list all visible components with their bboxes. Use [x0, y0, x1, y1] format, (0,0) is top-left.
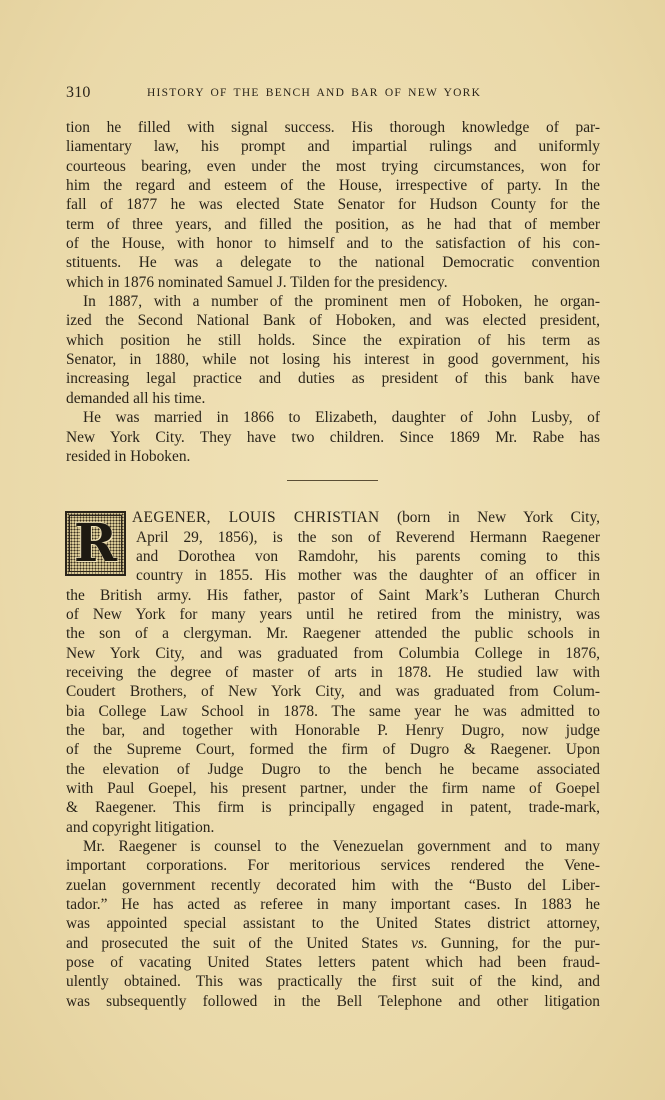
text-fragment: and prosecuted the suit of the United St…: [66, 935, 411, 952]
text-line: Coudert Brothers, of New York City, and …: [66, 682, 600, 701]
section-separator-rule: [287, 480, 378, 481]
text-line: the British army. His father, pastor of …: [66, 586, 600, 605]
text-line: the bar, and together with Honorable P. …: [66, 721, 600, 740]
text-line: him the regard and esteem of the House, …: [66, 176, 600, 195]
decorated-drop-cap-icon: R: [65, 511, 126, 576]
text-line: demanded all his time.: [66, 389, 600, 408]
text-fragment: Gunning, for the pur-: [428, 935, 600, 952]
text-line: and Dorothea von Ramdohr, his parents co…: [136, 547, 600, 566]
text-line: term of three years, and filled the posi…: [66, 215, 600, 234]
text-line: fall of 1877 he was elected State Senato…: [66, 195, 600, 214]
text-line: He was married in 1866 to Elizabeth, dau…: [66, 408, 600, 427]
text-line: In 1887, with a number of the prominent …: [66, 292, 600, 311]
text-line: Senator, in 1880, while not losing his i…: [66, 350, 600, 369]
paragraph-rabe-career: tion he filled with signal success. His …: [66, 118, 600, 292]
text-line: of the House, with honor to himself and …: [66, 234, 600, 253]
text-fragment: (born in New York City,: [380, 509, 600, 526]
text-line: was appointed special assistant to the U…: [66, 914, 600, 933]
book-page: 310 HISTORY OF THE BENCH AND BAR OF NEW …: [66, 80, 600, 1011]
text-line: was subsequently followed in the Bell Te…: [66, 992, 600, 1011]
text-line: of New York for many years until he reti…: [66, 605, 600, 624]
text-line: ulently obtained. This was practically t…: [66, 972, 600, 991]
text-line: New York City. They have two children. S…: [66, 428, 600, 447]
page-number: 310: [66, 84, 91, 102]
text-line: Mr. Raegener is counsel to the Venezuela…: [66, 837, 600, 856]
text-line: tion he filled with signal success. His …: [66, 118, 600, 137]
text-line: the elevation of Judge Dugro to the benc…: [66, 760, 600, 779]
text-line: and prosecuted the suit of the United St…: [66, 934, 600, 953]
paragraph-rabe-family: He was married in 1866 to Elizabeth, dau…: [66, 408, 600, 466]
biography-entry-raegener: R AEGENER, LOUIS CHRISTIAN (born in New …: [66, 508, 600, 1011]
text-line: liamentary law, his prompt and impartial…: [66, 137, 600, 156]
italic-vs: vs.: [411, 935, 428, 952]
entry-heading-line: AEGENER, LOUIS CHRISTIAN (born in New Yo…: [132, 508, 600, 527]
text-line: which position he still holds. Since the…: [66, 331, 600, 350]
text-line: New York City, and was graduated from Co…: [66, 644, 600, 663]
text-line: courteous bearing, even under the most t…: [66, 157, 600, 176]
paragraph-raegener-career: the British army. His father, pastor of …: [66, 586, 600, 837]
body-text: tion he filled with signal success. His …: [66, 118, 600, 1011]
text-line: resided in Hoboken.: [66, 447, 600, 466]
text-line: and copyright litigation.: [66, 818, 600, 837]
text-line: important corporations. For meritorious …: [66, 856, 600, 875]
text-line: ized the Second National Bank of Hoboken…: [66, 311, 600, 330]
paragraph-raegener-venezuela: Mr. Raegener is counsel to the Venezuela…: [66, 837, 600, 1011]
paragraph-rabe-bank: In 1887, with a number of the prominent …: [66, 292, 600, 408]
text-line: of the Supreme Court, formed the firm of…: [66, 740, 600, 759]
text-line: stituents. He was a delegate to the nati…: [66, 253, 600, 272]
text-line: the son of a clergyman. Mr. Raegener att…: [66, 624, 600, 643]
entry-name: AEGENER, LOUIS CHRISTIAN: [132, 509, 380, 526]
text-line: tador.” He has acted as referee in many …: [66, 895, 600, 914]
drop-cap-frame: R: [69, 515, 122, 572]
text-line: receiving the degree of master of arts i…: [66, 663, 600, 682]
text-line: & Raegener. This firm is principally eng…: [66, 798, 600, 817]
drop-cap-letter: R: [74, 518, 117, 570]
text-line: with Paul Goepel, his present partner, u…: [66, 779, 600, 798]
running-head: 310 HISTORY OF THE BENCH AND BAR OF NEW …: [66, 80, 600, 104]
text-line: zuelan government recently decorated him…: [66, 876, 600, 895]
running-title: HISTORY OF THE BENCH AND BAR OF NEW YORK: [147, 87, 481, 99]
text-line: April 29, 1856), is the son of Reverend …: [136, 528, 600, 547]
text-line: pose of vacating United States letters p…: [66, 953, 600, 972]
text-line: bia College Law School in 1878. The same…: [66, 702, 600, 721]
text-line: country in 1855. His mother was the daug…: [136, 566, 600, 585]
text-line: which in 1876 nominated Samuel J. Tilden…: [66, 273, 600, 292]
text-line: increasing legal practice and duties as …: [66, 369, 600, 388]
